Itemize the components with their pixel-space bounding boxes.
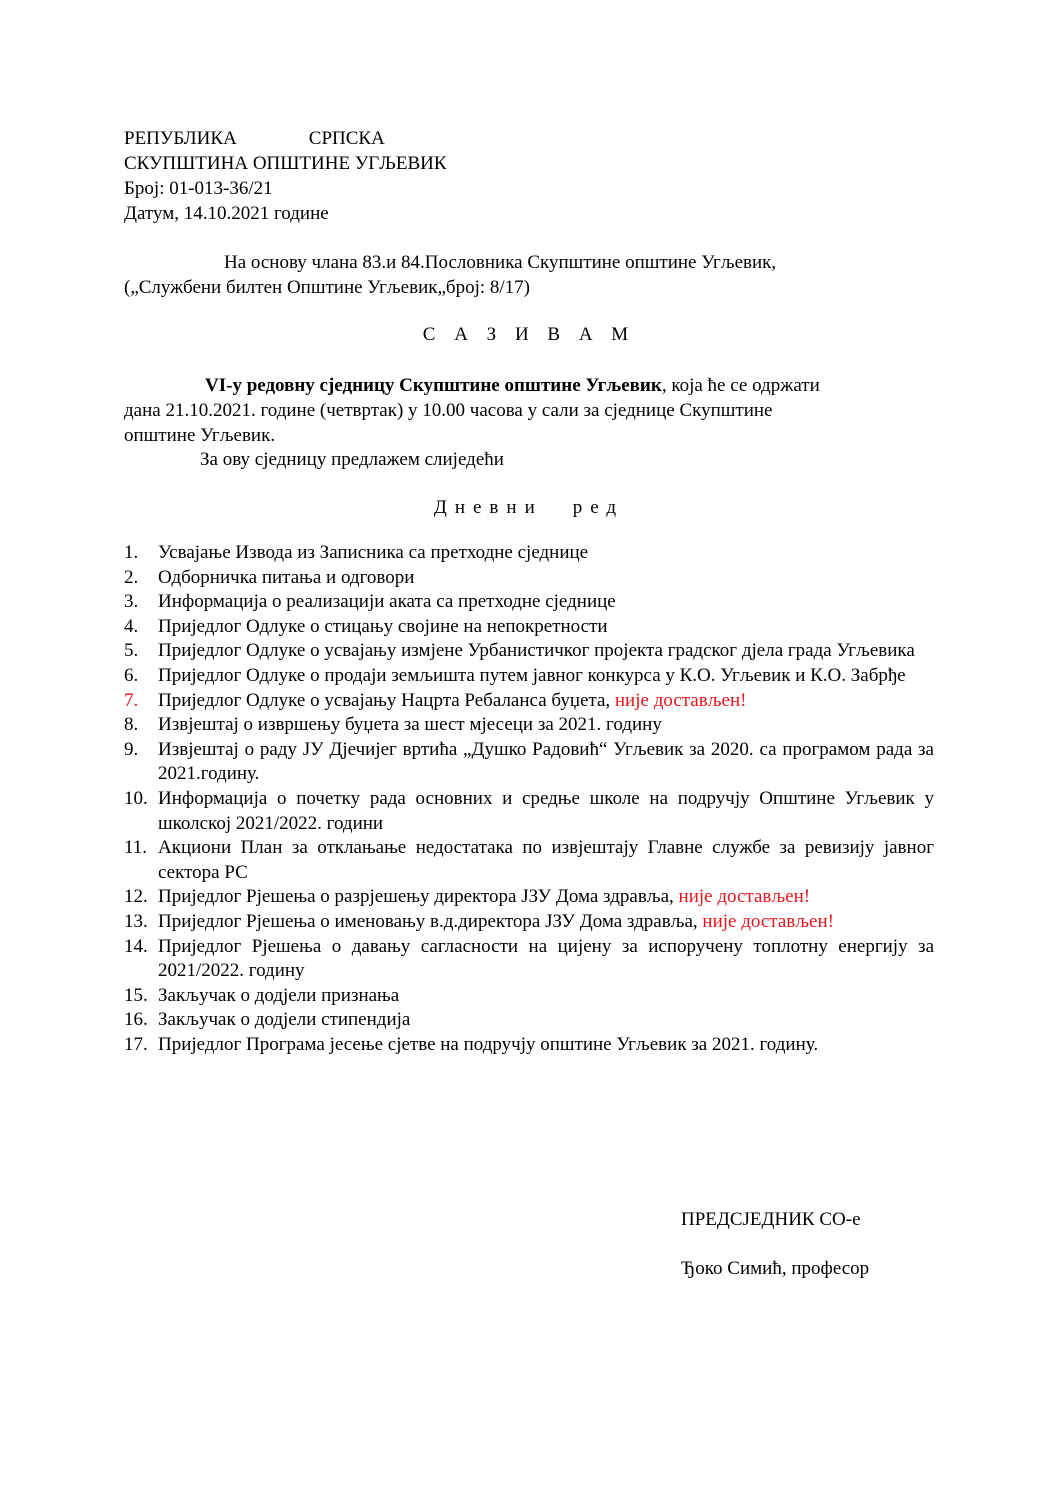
agenda-item-text: Приједлог Одлуке о стицању својине на не…: [158, 616, 608, 637]
agenda-item-text: Приједлог Одлуке о продаји земљишта путе…: [158, 665, 906, 686]
legal-basis-line1: На основу члана 83.и 84.Пословника Скупш…: [224, 250, 776, 276]
agenda-item-text: Приједлог Рјешења о разрјешењу директора…: [158, 886, 679, 907]
agenda-item: 7.Приједлог Одлуке о усвајању Нацрта Реб…: [124, 689, 934, 714]
agenda-item: 15.Закључак о додјели признања: [124, 984, 934, 1009]
convene-title: С А З И В А М: [0, 322, 1058, 348]
agenda-item-number: 9.: [124, 738, 138, 763]
signature-name: Ђоко Симић, професор: [681, 1256, 869, 1282]
agenda-item-text: Усвајање Извода из Записника са претходн…: [158, 542, 588, 563]
intro-line2: дана 21.10.2021. године (четвртак) у 10.…: [124, 398, 772, 424]
document-page: РЕПУБЛИКАСРПСКА СКУПШТИНА ОПШТИНЕ УГЉЕВИ…: [0, 0, 1058, 1497]
signature-title: ПРЕДСЈЕДНИК СО-е: [681, 1207, 861, 1233]
not-delivered-note: није достављен!: [679, 886, 811, 907]
agenda-item: 4.Приједлог Одлуке о стицању својине на …: [124, 615, 934, 640]
not-delivered-note: није достављен!: [702, 911, 834, 932]
agenda-item-number: 17.: [124, 1033, 148, 1058]
intro-line4: За ову сједницу предлажем слиједећи: [200, 447, 504, 473]
agenda-item-text: Одборничка питања и одговори: [158, 567, 414, 588]
agenda-item-text: Приједлог Рјешења о давању сагласности н…: [158, 936, 934, 982]
agenda-item-text: Закључак о додјели стипендија: [158, 1009, 410, 1030]
agenda-item-number: 15.: [124, 984, 148, 1009]
agenda-item-number: 5.: [124, 639, 138, 664]
agenda-item: 11.Акциони План за отклањање недостатака…: [124, 836, 934, 885]
intro-line1-rest: , која ће се одржати: [662, 375, 820, 396]
agenda-item-number: 2.: [124, 566, 138, 591]
agenda-item-text: Извјештај о извршењу буџета за шест мјес…: [158, 714, 662, 735]
agenda-item: 9.Извјештај о раду ЈУ Дјечијег вртића „Д…: [124, 738, 934, 787]
agenda-item-number: 7.: [124, 689, 138, 714]
agenda-item-number: 12.: [124, 885, 148, 910]
agenda-item: 3.Информација о реализацији аката са пре…: [124, 590, 934, 615]
agenda-item-number: 4.: [124, 615, 138, 640]
agenda-item: 5.Приједлог Одлуке о усвајању измјене Ур…: [124, 639, 934, 664]
agenda-item: 14.Приједлог Рјешења о давању сагласност…: [124, 935, 934, 984]
agenda-item: 13.Приједлог Рјешења о именовању в.д.дир…: [124, 910, 934, 935]
agenda-item-text: Информација о реализацији аката са претх…: [158, 591, 616, 612]
agenda-item: 8.Извјештај о извршењу буџета за шест мј…: [124, 713, 934, 738]
header-assembly: СКУПШТИНА ОПШТИНЕ УГЉЕВИК: [124, 151, 447, 177]
agenda-item-text: Информација о почетку рада основних и ср…: [158, 788, 934, 834]
intro-line1: VI-у редовну сједницу Скупштине општине …: [205, 373, 820, 399]
agenda-title-word2: ред: [573, 497, 624, 518]
agenda-item-number: 14.: [124, 935, 148, 960]
agenda-item-number: 1.: [124, 541, 138, 566]
intro-line3: општине Угљевик.: [124, 423, 275, 449]
agenda-item: 6.Приједлог Одлуке о продаји земљишта пу…: [124, 664, 934, 689]
agenda-item: 12.Приједлог Рјешења о разрјешењу директ…: [124, 885, 934, 910]
agenda-title: Дневниред: [0, 495, 1058, 521]
agenda-item: 10.Информација о почетку рада основних и…: [124, 787, 934, 836]
header-date: Датум, 14.10.2021 године: [124, 201, 329, 227]
legal-basis-line2: („Службени билтен Општине Угљевик„број: …: [124, 275, 530, 301]
agenda-item-number: 3.: [124, 590, 138, 615]
agenda-item-text: Приједлог Одлуке о усвајању измјене Урба…: [158, 640, 915, 661]
agenda-item-text: Акциони План за отклањање недостатака по…: [158, 837, 934, 883]
agenda-list: 1.Усвајање Извода из Записника са претхо…: [124, 541, 934, 1057]
agenda-item: 17.Приједлог Програма јесење сјетве на п…: [124, 1033, 934, 1058]
agenda-item-number: 11.: [124, 836, 147, 861]
agenda-item-number: 8.: [124, 713, 138, 738]
header-number: Број: 01-013-36/21: [124, 176, 273, 202]
header-republic-word2: СРПСКА: [309, 128, 385, 149]
not-delivered-note: није достављен!: [615, 690, 747, 711]
agenda-item-text: Приједлог Рјешења о именовању в.д.директ…: [158, 911, 702, 932]
agenda-item-text: Извјештај о раду ЈУ Дјечијег вртића „Душ…: [158, 739, 934, 785]
agenda-item-number: 13.: [124, 910, 148, 935]
agenda-item: 16.Закључак о додјели стипендија: [124, 1008, 934, 1033]
agenda-item-number: 16.: [124, 1008, 148, 1033]
session-name: VI-у редовну сједницу Скупштине општине …: [205, 375, 662, 396]
header-republic-word1: РЕПУБЛИКА: [124, 128, 237, 149]
agenda-item-text: Приједлог Програма јесење сјетве на подр…: [158, 1034, 818, 1055]
agenda-title-word1: Дневни: [434, 497, 543, 518]
agenda-item-text: Закључак о додјели признања: [158, 985, 399, 1006]
header-republic: РЕПУБЛИКАСРПСКА: [124, 126, 385, 152]
agenda-item-number: 10.: [124, 787, 148, 812]
agenda-item: 2.Одборничка питања и одговори: [124, 566, 934, 591]
agenda-item: 1.Усвајање Извода из Записника са претхо…: [124, 541, 934, 566]
agenda-item-text: Приједлог Одлуке о усвајању Нацрта Ребал…: [158, 690, 615, 711]
agenda-item-number: 6.: [124, 664, 138, 689]
